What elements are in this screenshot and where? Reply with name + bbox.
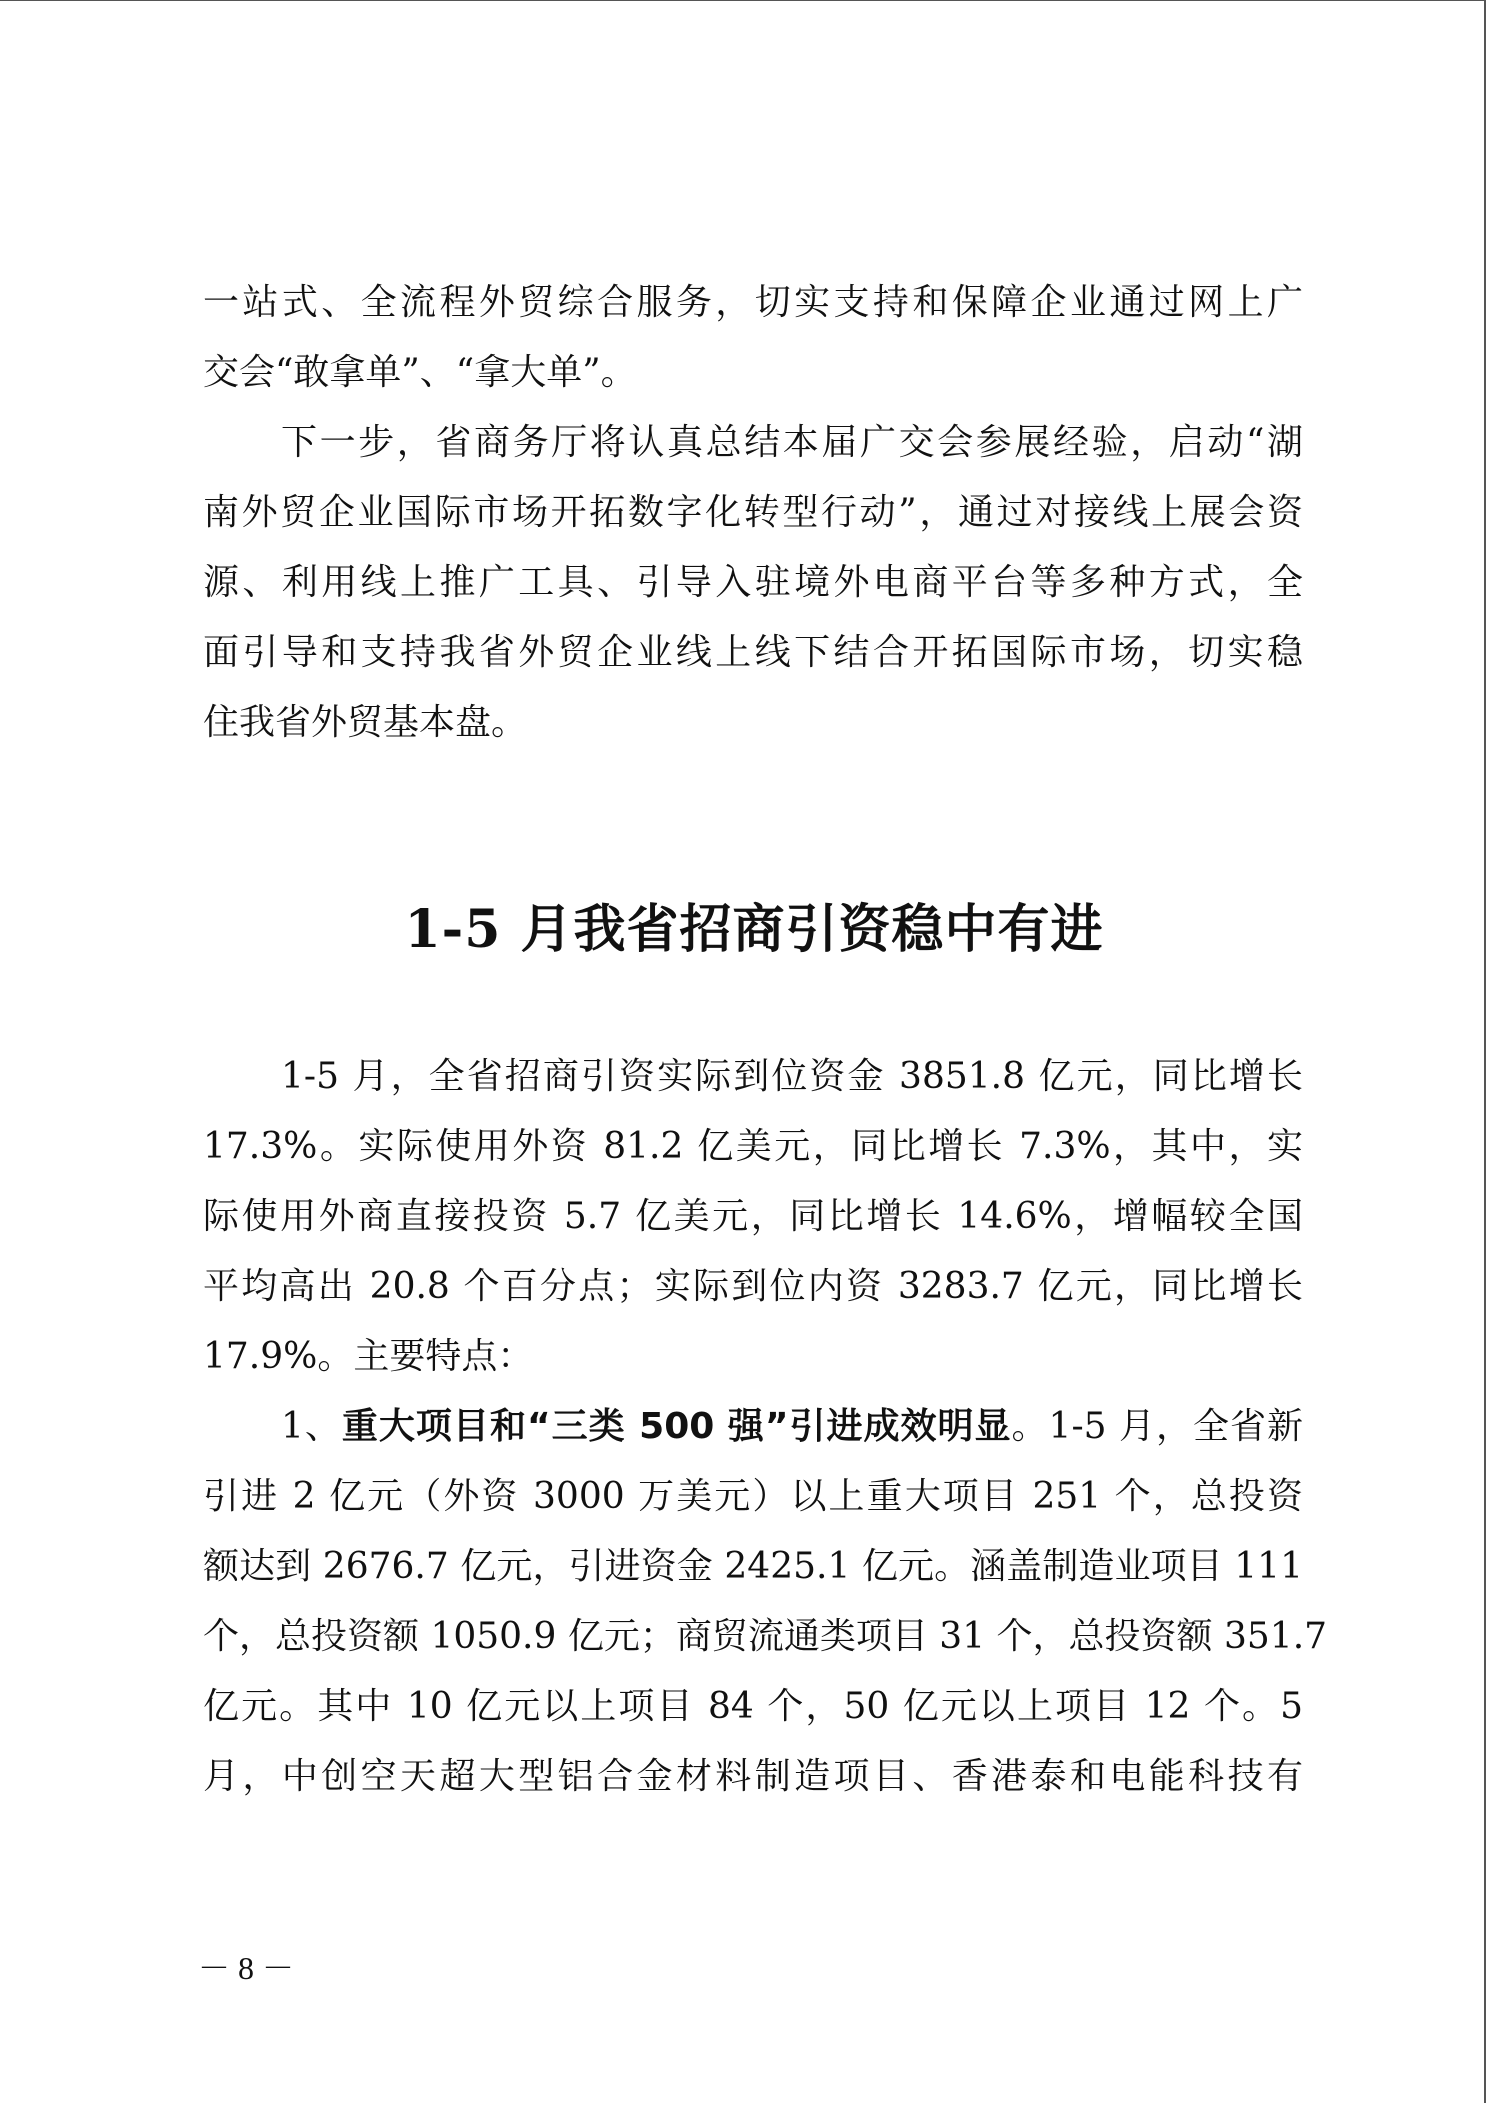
paragraph-line: 1-5 月，全省招商引资实际到位资金 3851.8 亿元，同比增长 — [281, 1057, 1303, 1127]
paragraph-line: 17.3%。实际使用外资 81.2 亿美元，同比增长 7.3%，其中，实 — [203, 1127, 1303, 1197]
paragraph-line: 月，中创空天超大型铝合金材料制造项目、香港泰和电能科技有 — [203, 1757, 1303, 1827]
paragraph-line: 南外贸企业国际市场开拓数字化转型行动”，通过对接线上展会资 — [203, 493, 1303, 563]
point-heading-rest: 。1-5 月，全省新 — [1012, 1406, 1303, 1447]
paragraph-line: 交会“敢拿单”、“拿大单”。 — [203, 353, 1303, 423]
paragraph-line: 面引导和支持我省外贸企业线上线下结合开拓国际市场，切实稳 — [203, 633, 1303, 703]
paragraph-line: 源、利用线上推广工具、引导入驻境外电商平台等多种方式，全 — [203, 563, 1303, 633]
paragraph-line: 住我省外贸基本盘。 — [203, 703, 1303, 773]
point-heading-line: 1、重大项目和“三类 500 强”引进成效明显。1-5 月，全省新 — [281, 1407, 1303, 1477]
paragraph-line: 个，总投资额 1050.9 亿元；商贸流通类项目 31 个，总投资额 351.7 — [203, 1617, 1303, 1687]
point-heading: 重大项目和“三类 500 强”引进成效明显 — [342, 1406, 1012, 1447]
paragraph-line: 下一步，省商务厅将认真总结本届广交会参展经验，启动“湖 — [281, 423, 1303, 493]
paragraph-line: 亿元。其中 10 亿元以上项目 84 个，50 亿元以上项目 12 个。5 — [203, 1687, 1303, 1757]
paragraph-line: 际使用外商直接投资 5.7 亿美元，同比增长 14.6%，增幅较全国 — [203, 1197, 1303, 1267]
paragraph-line: 平均高出 20.8 个百分点；实际到位内资 3283.7 亿元，同比增长 — [203, 1267, 1303, 1337]
point-number: 1、 — [281, 1406, 342, 1447]
paragraph-line: 额达到 2676.7 亿元，引进资金 2425.1 亿元。涵盖制造业项目 111 — [203, 1547, 1303, 1617]
paragraph-line: 引进 2 亿元（外资 3000 万美元）以上重大项目 251 个，总投资 — [203, 1477, 1303, 1547]
paragraph-line: 17.9%。主要特点： — [203, 1337, 1303, 1407]
page-number: － 8 － — [198, 1948, 294, 1988]
paragraph-line: 一站式、全流程外贸综合服务，切实支持和保障企业通过网上广 — [203, 283, 1303, 353]
section-title: 1-5 月我省招商引资稳中有进 — [0, 898, 1488, 962]
